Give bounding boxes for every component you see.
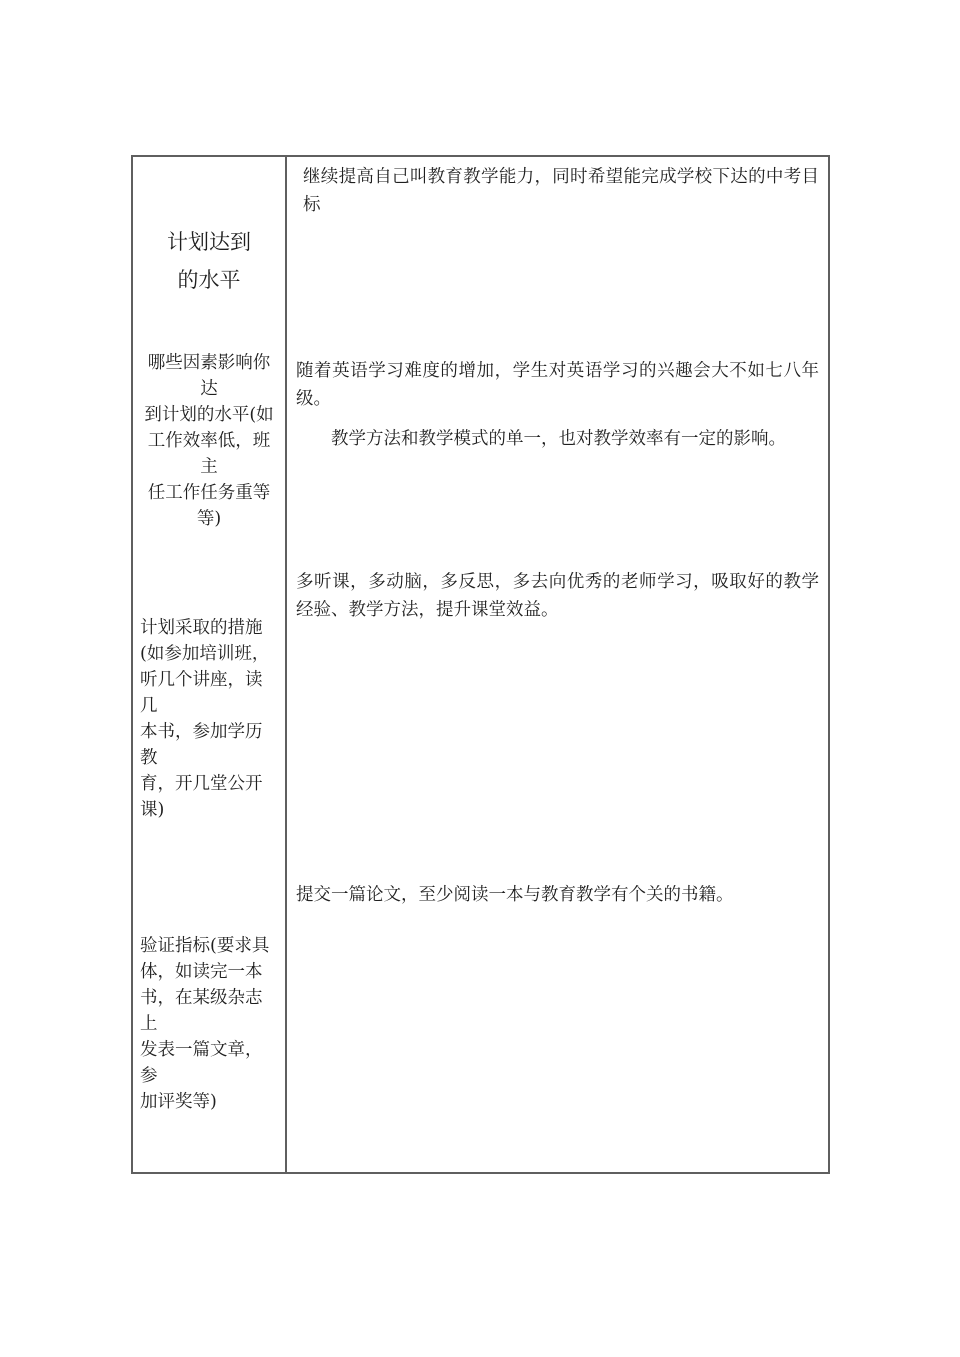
- influencing-factors-paragraph-1: 随着英语学习难度的增加，学生对英语学习的兴趣会大不如七八年级。: [296, 357, 819, 413]
- development-plan-table: 计划达到 的水平 继续提高自己叫教育教学能力，同时希望能完成学校下达的中考目标 …: [131, 155, 830, 1174]
- row-content-planned-measures: 多听课，多动脑，多反思，多去向优秀的老师学习，吸取好的教学经验、教学方法，提升课…: [287, 562, 828, 875]
- document-page: 计划达到 的水平 继续提高自己叫教育教学能力，同时希望能完成学校下达的中考目标 …: [0, 0, 960, 1357]
- verification-indicators-text: 提交一篇论文，至少阅读一本与教育教学有个关的书籍。: [296, 881, 819, 909]
- row-label-influencing-factors: 哪些因素影响你达 到计划的水平(如 工作效率低，班主 任工作任务重等 等): [133, 319, 287, 562]
- row-label-verification-indicators: 验证指标(要求具 体，如读完一本 书，在某级杂志上 发表一篇文章，参 加评奖等): [133, 875, 287, 1172]
- row-label-planned-measures: 计划采取的措施 (如参加培训班， 听几个讲座，读几 本书，参加学历教 育，开几堂…: [133, 562, 287, 875]
- row-label-planned-level: 计划达到 的水平: [133, 157, 287, 319]
- planned-level-text: 继续提高自己叫教育教学能力，同时希望能完成学校下达的中考目标: [303, 163, 819, 219]
- influencing-factors-paragraph-2: 教学方法和教学模式的单一，也对教学效率有一定的影响。: [296, 425, 819, 453]
- row-content-planned-level: 继续提高自己叫教育教学能力，同时希望能完成学校下达的中考目标: [287, 157, 828, 319]
- planned-measures-text: 多听课，多动脑，多反思，多去向优秀的老师学习，吸取好的教学经验、教学方法，提升课…: [296, 568, 819, 624]
- row-content-verification-indicators: 提交一篇论文，至少阅读一本与教育教学有个关的书籍。: [287, 875, 828, 1172]
- row-content-influencing-factors: 随着英语学习难度的增加，学生对英语学习的兴趣会大不如七八年级。 教学方法和教学模…: [287, 319, 828, 562]
